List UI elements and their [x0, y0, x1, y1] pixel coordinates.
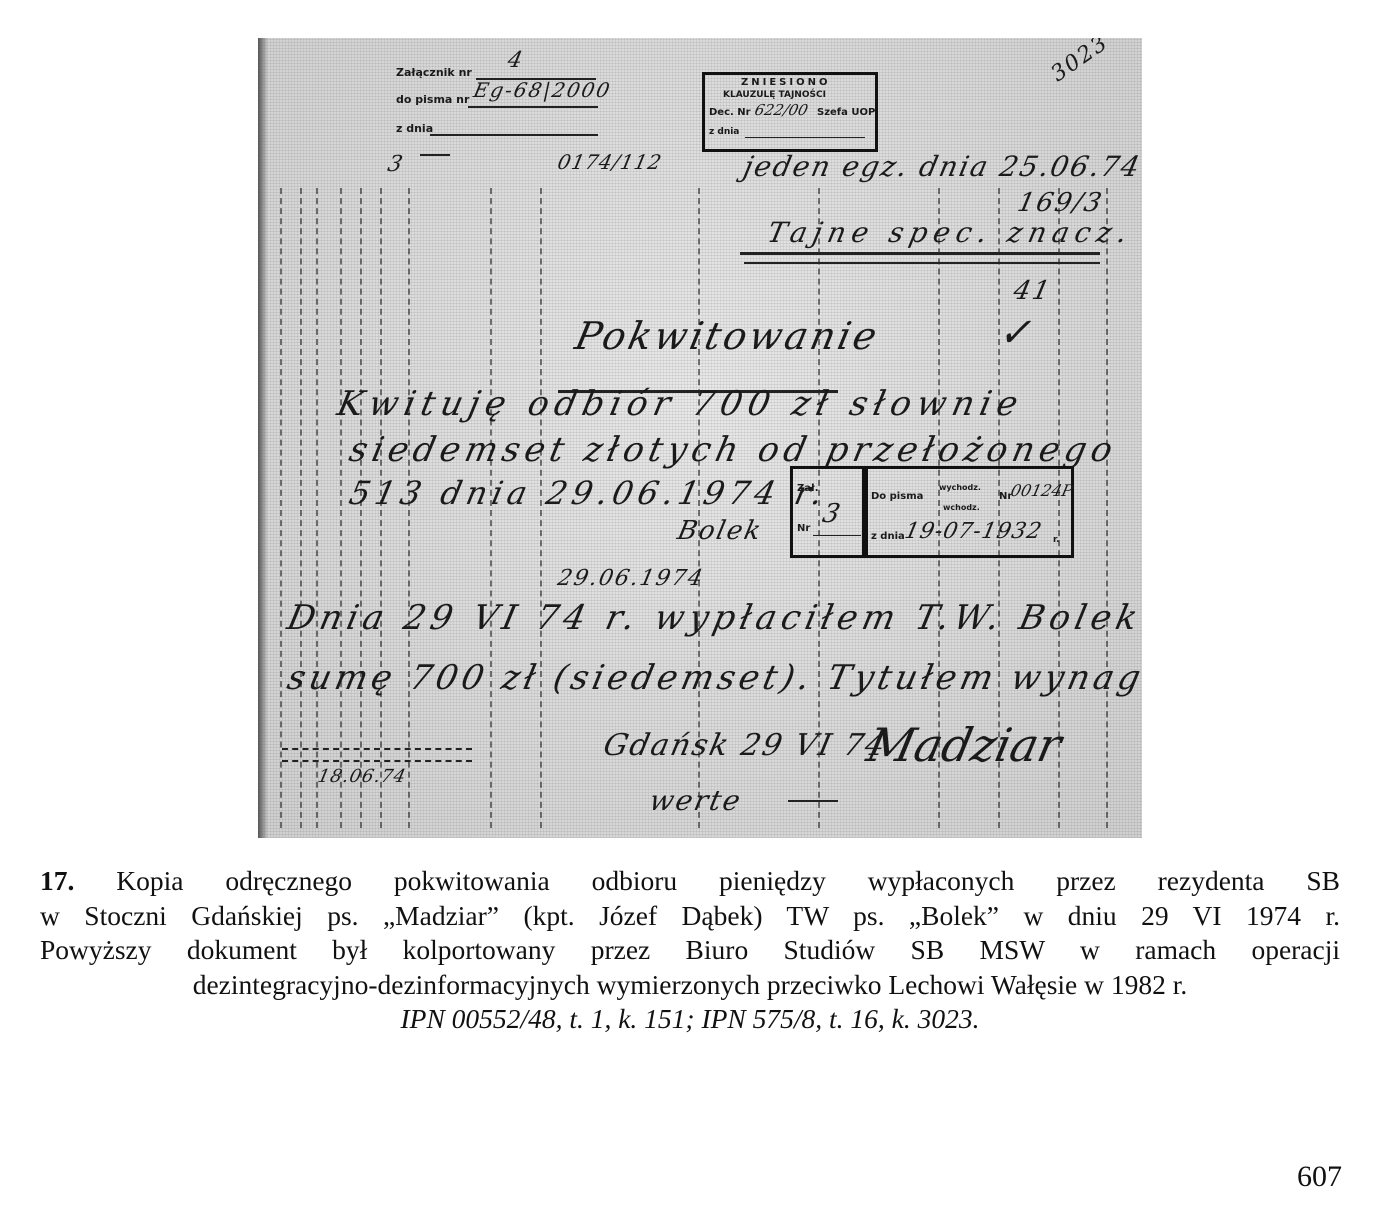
z-dnia-value: 19-07-1932	[902, 519, 1044, 544]
stamp-decision-value: 622/00	[753, 101, 810, 119]
classification-underline	[740, 252, 1100, 255]
zalacznik-value: 4	[505, 48, 526, 73]
dash-mark	[420, 154, 450, 156]
document-title: Pokwitowanie	[571, 314, 883, 358]
check-mark: ✓	[998, 310, 1034, 356]
body-line-3: 513 dnia 29.06.1974 r.	[346, 474, 831, 512]
under-line-text: werte	[646, 784, 745, 817]
left-stamp-line	[282, 760, 472, 762]
stamp-subtitle: KLAUZULĘ TAJNOŚCI	[723, 90, 826, 100]
stamp-title: ZNIESIONO	[741, 77, 830, 88]
caption-line-4: dezintegracyjno-dezinformacyjnych wymier…	[40, 968, 1340, 1003]
body-line-2: siedemset złotych od przełożonego	[346, 430, 1121, 470]
do-pisma-value: Eg-68|2000	[471, 78, 613, 102]
stamp-date-label: z dnia	[709, 127, 739, 137]
nr2-value: 00124P	[1009, 481, 1075, 500]
nr-underline	[813, 535, 861, 536]
caption-line-1: 17. Kopia odręcznego pokwitowania odbior…	[40, 864, 1340, 899]
scan-edge-shadow	[258, 38, 268, 838]
signature-bolek: Bolek	[675, 516, 766, 546]
ruling-line	[300, 188, 302, 828]
top-right-date: jeden egz. dnia 25.06.74	[740, 150, 1142, 183]
caption-line-1-text: Kopia odręcznego pokwitowania odbioru pi…	[116, 865, 1340, 896]
wychodz-label: wychodz.	[939, 483, 981, 492]
wchodz-label: wchodz.	[943, 503, 980, 512]
caption-line-3: Powyższy dokument był kolportowany przez…	[40, 933, 1340, 968]
classification: Tajne spec. znacz.	[764, 216, 1136, 249]
caption-line-2: w Stoczni Gdańskiej ps. „Madziar” (kpt. …	[40, 899, 1340, 934]
registry-stamp-right: Do pisma wychodz. wchodz. Nr 00124P z dn…	[862, 466, 1074, 558]
dash-mark	[788, 800, 838, 802]
registry-stamp-left: Zał. 3 Nr	[790, 466, 868, 558]
declassified-stamp: ZNIESIONO KLAUZULĘ TAJNOŚCI Dec. Nr 622/…	[702, 72, 878, 152]
form-underline	[468, 106, 598, 108]
ruling-line	[340, 188, 342, 828]
zal-value: 3	[820, 499, 845, 529]
note-line-2: sumę 700 zł (siedemset). Tytułem wynagro…	[284, 658, 1142, 698]
classification-underline	[744, 262, 1100, 264]
page-number: 607	[1297, 1160, 1342, 1194]
form-underline	[430, 134, 598, 136]
mark: 41	[1011, 276, 1054, 306]
ruling-line	[316, 188, 318, 828]
figure-caption: 17. Kopia odręcznego pokwitowania odbior…	[40, 864, 1340, 1037]
z-dnia-label: z dnia	[396, 122, 433, 135]
stamp-decision-label: Dec. Nr	[709, 107, 751, 118]
do-pisma-label: do pisma nr	[396, 93, 469, 106]
stamp-office: Szefa UOP	[817, 107, 875, 118]
body-line-1: Kwituję odbiór 700 zł słownie	[334, 384, 1028, 424]
ruling-line	[1106, 188, 1108, 828]
ruling-line	[280, 188, 282, 828]
do-pisma-label-2: Do pisma	[871, 491, 923, 502]
stamp-underline	[745, 137, 865, 138]
note-line-1: Dnia 29 VI 74 r. wypłaciłem T.W. Bolek	[284, 598, 1142, 638]
r-label: r.	[1053, 535, 1060, 545]
zal-label: Zał.	[797, 483, 819, 494]
place-date: Gdańsk 29 VI 74	[600, 728, 890, 763]
document-number: 169/3	[1015, 188, 1106, 218]
signature-madziar: Madziar	[862, 718, 1066, 772]
note-date: 29.06.1974	[555, 566, 706, 591]
document-scan-image: Załącznik nr 4 do pisma nr Eg-68|2000 z …	[258, 38, 1142, 838]
ref-left: 3	[385, 152, 406, 177]
zalacznik-label: Załącznik nr	[396, 66, 472, 79]
nr-label: Nr	[797, 523, 810, 534]
left-stamp-line	[282, 748, 472, 750]
z-dnia-label-2: z dnia	[871, 531, 905, 542]
figure-number: 17.	[40, 865, 74, 896]
archive-number: 3023	[1047, 38, 1114, 87]
caption-reference: IPN 00552/48, t. 1, k. 151; IPN 575/8, t…	[40, 1002, 1340, 1037]
left-note-date: 18.06.74	[316, 766, 409, 787]
ref-mid: 0174/112	[555, 150, 664, 174]
